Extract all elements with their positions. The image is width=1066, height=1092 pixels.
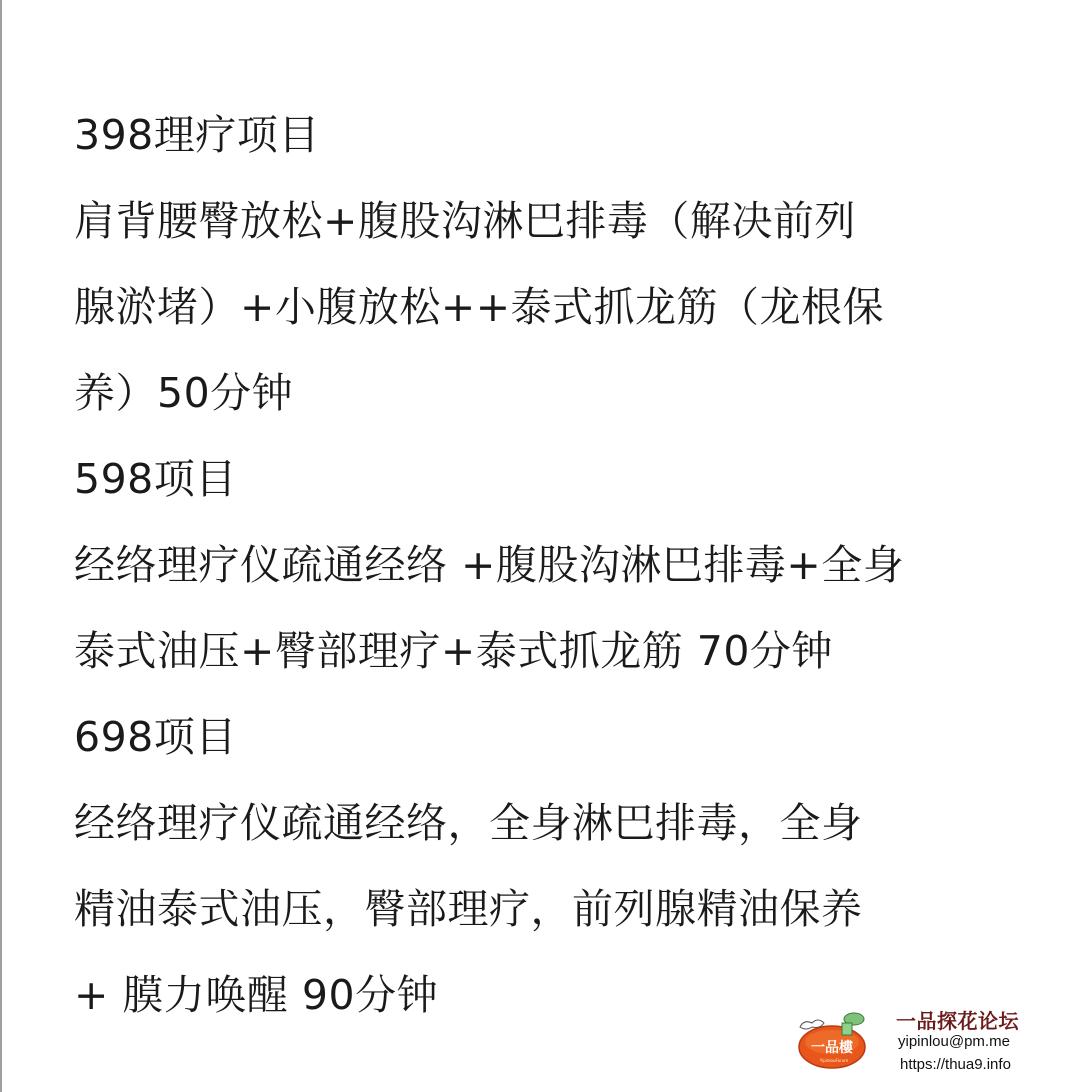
package-698-desc-line-1: 经络理疗仪疏通经络，全身淋巴排毒，全身 <box>74 780 1034 866</box>
watermark-email: yipinlou@pm.me <box>898 1033 1010 1050</box>
package-398-desc-line-2: 腺淤堵）+小腹放松++泰式抓龙筋（龙根保 <box>74 264 1034 350</box>
package-598-desc-line-1: 经络理疗仪疏通经络 +腹股沟淋巴排毒+全身 <box>74 522 1034 608</box>
document-body: 398理疗项目 肩背腰臀放松+腹股沟淋巴排毒（解决前列 腺淤堵）+小腹放松++泰… <box>74 92 1034 1038</box>
package-398-desc-line-3: 养）50分钟 <box>74 350 1034 436</box>
package-398-title: 398理疗项目 <box>74 92 1034 178</box>
package-698-title: 698项目 <box>74 694 1034 780</box>
package-398-desc-line-1: 肩背腰臀放松+腹股沟淋巴排毒（解决前列 <box>74 178 1034 264</box>
left-border <box>0 0 2 1092</box>
watermark: 一品樓 YipinlouForum 一品探花论坛 yipinlou@pm.me … <box>794 1003 1044 1083</box>
svg-text:一品樓: 一品樓 <box>811 1039 854 1056</box>
svg-text:YipinlouForum: YipinlouForum <box>819 1058 848 1063</box>
watermark-title: 一品探花论坛 <box>896 1005 1019 1034</box>
package-698-desc-line-2: 精油泰式油压，臀部理疗，前列腺精油保养 <box>74 866 1034 952</box>
package-598-desc-line-2: 泰式油压+臀部理疗+泰式抓龙筋 70分钟 <box>74 608 1034 694</box>
forum-logo-icon: 一品樓 YipinlouForum <box>796 1009 870 1071</box>
package-598-title: 598项目 <box>74 436 1034 522</box>
watermark-url: https://thua9.info <box>900 1056 1011 1073</box>
